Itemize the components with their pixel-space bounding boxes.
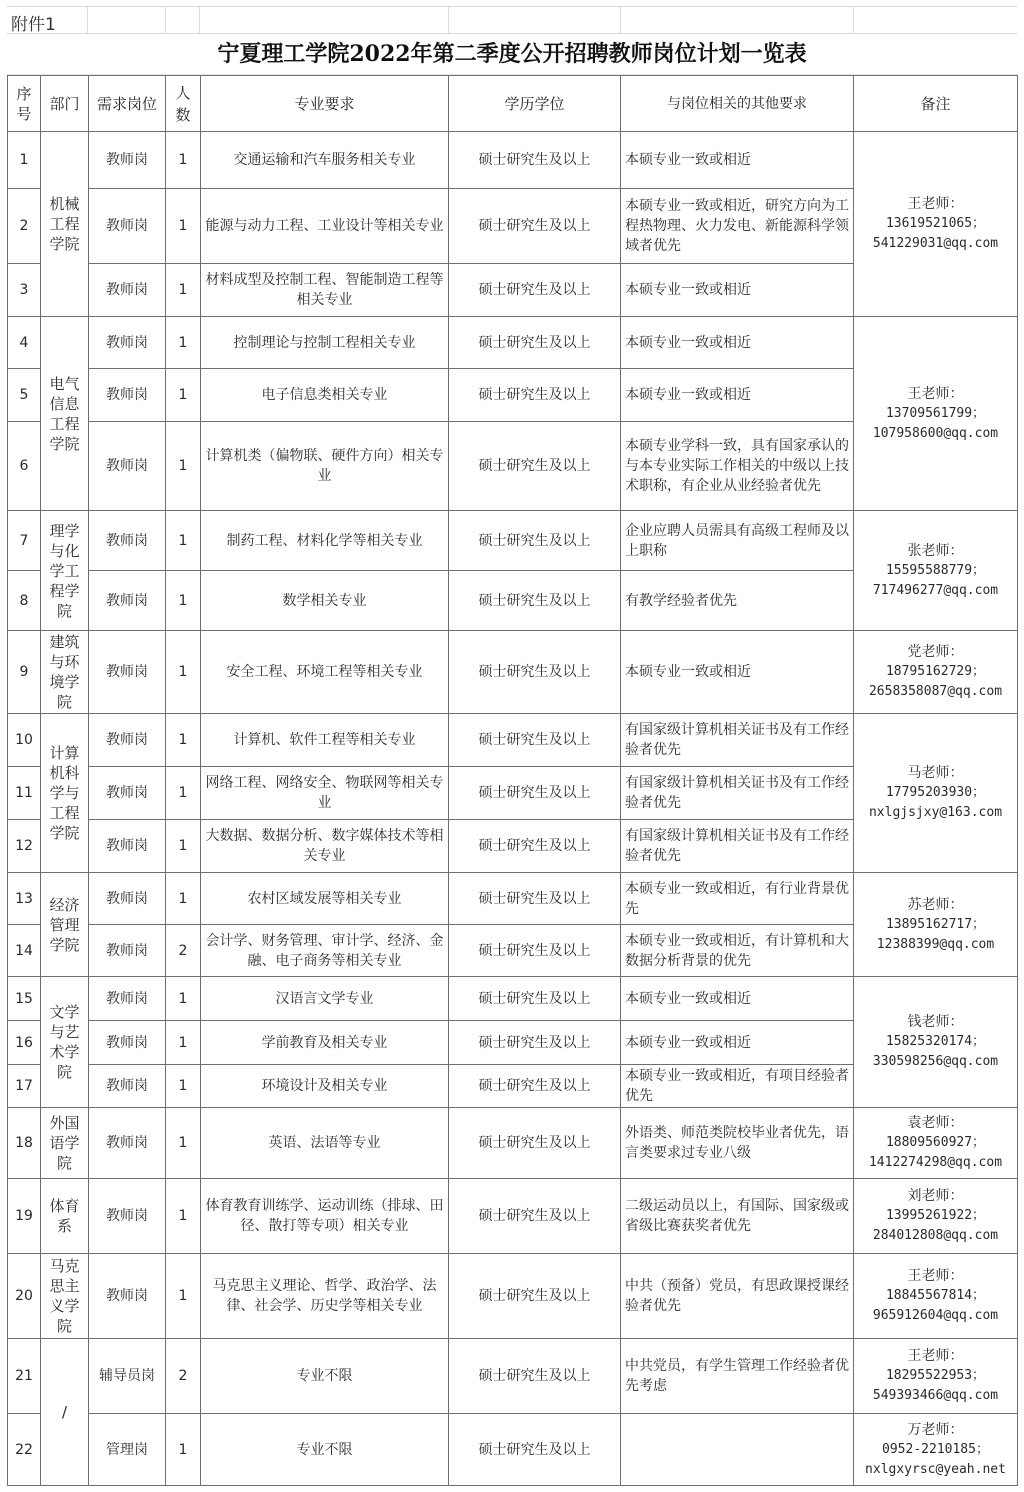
degree-cell: 硕士研究生及以上: [449, 820, 621, 873]
other-cell: 本硕专业一致或相近，有行业背景优先: [621, 873, 854, 925]
seq-cell: 19: [8, 1179, 41, 1254]
table-row: 15 文学与艺术学院 教师岗 1 汉语言文学专业 硕士研究生及以上 本硕专业一致…: [8, 977, 1018, 1021]
contact-email: 2658358087@qq.com: [857, 682, 1014, 702]
position-cell: 教师岗: [89, 264, 166, 317]
major-cell: 交通运输和汽车服务相关专业: [201, 132, 449, 189]
count-cell: 1: [166, 1414, 201, 1486]
position-cell: 教师岗: [89, 571, 166, 631]
seq-cell: 17: [8, 1065, 41, 1108]
other-cell: 中共（预备）党员，有思政课授课经验者优先: [621, 1254, 854, 1339]
degree-cell: 硕士研究生及以上: [449, 1254, 621, 1339]
count-cell: 1: [166, 511, 201, 571]
col-header-degree: 学历学位: [449, 76, 621, 132]
seq-cell: 15: [8, 977, 41, 1021]
col-header-note: 备注: [854, 76, 1018, 132]
contact-cell: 刘老师： 13995261922； 284012808@qq.com: [854, 1179, 1018, 1254]
recruitment-table: 序号 部门 需求岗位 人数 专业要求 学历学位 与岗位相关的其他要求 备注 1 …: [7, 75, 1018, 1486]
other-cell: 本硕专业一致或相近，研究方向为工程热物理、火力发电、新能源科学领域者优先: [621, 189, 854, 264]
seq-cell: 21: [8, 1339, 41, 1414]
contact-email: 541229031@qq.com: [857, 234, 1014, 254]
contact-email: nxlgjsjxy@163.com: [857, 803, 1014, 823]
position-cell: 教师岗: [89, 1108, 166, 1179]
contact-phone: 17795203930；: [857, 783, 1014, 803]
major-cell: 英语、法语等专业: [201, 1108, 449, 1179]
table-row: 20 马克思主义学院 教师岗 1 马克思主义理论、哲学、政治学、法律、社会学、历…: [8, 1254, 1018, 1339]
seq-cell: 2: [8, 189, 41, 264]
position-cell: 教师岗: [89, 820, 166, 873]
major-cell: 马克思主义理论、哲学、政治学、法律、社会学、历史学等相关专业: [201, 1254, 449, 1339]
count-cell: 1: [166, 820, 201, 873]
other-cell: 中共党员，有学生管理工作经验者优先考虑: [621, 1339, 854, 1414]
major-cell: 网络工程、网络安全、物联网等相关专业: [201, 767, 449, 820]
count-cell: 1: [166, 714, 201, 767]
position-cell: 教师岗: [89, 767, 166, 820]
other-cell: 企业应聘人员需具有高级工程师及以上职称: [621, 511, 854, 571]
seq-cell: 22: [8, 1414, 41, 1486]
contact-email: 12388399@qq.com: [857, 935, 1014, 955]
other-cell: 本硕专业一致或相近: [621, 977, 854, 1021]
other-cell: 本硕专业学科一致，具有国家承认的与本专业实际工作相关的中级以上技术职称，有企业从…: [621, 422, 854, 511]
dept-cell: 建筑与环境学院: [41, 631, 89, 714]
position-cell: 教师岗: [89, 369, 166, 422]
degree-cell: 硕士研究生及以上: [449, 1021, 621, 1065]
other-cell: 外语类、师范类院校毕业者优先，语言类要求过专业八级: [621, 1108, 854, 1179]
degree-cell: 硕士研究生及以上: [449, 264, 621, 317]
dept-cell: 马克思主义学院: [41, 1254, 89, 1339]
other-cell: 本硕专业一致或相近: [621, 1021, 854, 1065]
position-cell: 教师岗: [89, 1065, 166, 1108]
position-cell: 教师岗: [89, 1179, 166, 1254]
major-cell: 学前教育及相关专业: [201, 1021, 449, 1065]
contact-email: 330598256@qq.com: [857, 1052, 1014, 1072]
degree-cell: 硕士研究生及以上: [449, 422, 621, 511]
count-cell: 1: [166, 1179, 201, 1254]
position-cell: 管理岗: [89, 1414, 166, 1486]
seq-cell: 16: [8, 1021, 41, 1065]
contact-name: 王老师：: [857, 1266, 1014, 1286]
major-cell: 专业不限: [201, 1414, 449, 1486]
major-cell: 计算机类（偏物联、硬件方向）相关专业: [201, 422, 449, 511]
dept-cell: 外国语学院: [41, 1108, 89, 1179]
degree-cell: 硕士研究生及以上: [449, 925, 621, 977]
count-cell: 1: [166, 631, 201, 714]
contact-cell: 王老师： 13709561799； 107958600@qq.com: [854, 317, 1018, 511]
other-cell: 本硕专业一致或相近: [621, 369, 854, 422]
table-row: 18 外国语学院 教师岗 1 英语、法语等专业 硕士研究生及以上 外语类、师范类…: [8, 1108, 1018, 1179]
contact-phone: 18295522953；: [857, 1366, 1014, 1386]
count-cell: 1: [166, 1065, 201, 1108]
contact-name: 王老师：: [857, 194, 1014, 214]
position-cell: 教师岗: [89, 1021, 166, 1065]
seq-cell: 5: [8, 369, 41, 422]
dept-cell: 机械工程学院: [41, 132, 89, 317]
major-cell: 安全工程、环境工程等相关专业: [201, 631, 449, 714]
contact-name: 王老师：: [857, 384, 1014, 404]
contact-cell: 王老师： 18295522953； 549393466@qq.com: [854, 1339, 1018, 1414]
other-cell: 本硕专业一致或相近: [621, 132, 854, 189]
contact-email: 965912604@qq.com: [857, 1306, 1014, 1326]
major-cell: 大数据、数据分析、数字媒体技术等相关专业: [201, 820, 449, 873]
contact-email: nxlgxyrsc@yeah.net: [857, 1460, 1014, 1480]
position-cell: 教师岗: [89, 132, 166, 189]
other-cell: 本硕专业一致或相近，有项目经验者优先: [621, 1065, 854, 1108]
col-header-position: 需求岗位: [89, 76, 166, 132]
table-row: 7 理学与化学工程学院 教师岗 1 制药工程、材料化学等相关专业 硕士研究生及以…: [8, 511, 1018, 571]
position-cell: 教师岗: [89, 1254, 166, 1339]
other-cell: 二级运动员以上，有国际、国家级或省级比赛获奖者优先: [621, 1179, 854, 1254]
col-header-seq: 序号: [8, 76, 41, 132]
header-row: 序号 部门 需求岗位 人数 专业要求 学历学位 与岗位相关的其他要求 备注: [8, 76, 1018, 132]
degree-cell: 硕士研究生及以上: [449, 317, 621, 369]
seq-cell: 11: [8, 767, 41, 820]
major-cell: 专业不限: [201, 1339, 449, 1414]
major-cell: 计算机、软件工程等相关专业: [201, 714, 449, 767]
contact-name: 党老师：: [857, 642, 1014, 662]
seq-cell: 14: [8, 925, 41, 977]
contact-cell: 张老师： 15595588779； 717496277@qq.com: [854, 511, 1018, 631]
position-cell: 教师岗: [89, 631, 166, 714]
major-cell: 汉语言文学专业: [201, 977, 449, 1021]
page-title: 宁夏理工学院2022年第二季度公开招聘教师岗位计划一览表: [7, 34, 1017, 75]
table-row: 4 电气信息工程学院 教师岗 1 控制理论与控制工程相关专业 硕士研究生及以上 …: [8, 317, 1018, 369]
count-cell: 2: [166, 925, 201, 977]
major-cell: 会计学、财务管理、审计学、经济、金融、电子商务等相关专业: [201, 925, 449, 977]
count-cell: 1: [166, 317, 201, 369]
contact-name: 刘老师：: [857, 1186, 1014, 1206]
contact-email: 717496277@qq.com: [857, 581, 1014, 601]
dept-cell: 经济管理学院: [41, 873, 89, 977]
position-cell: 教师岗: [89, 189, 166, 264]
degree-cell: 硕士研究生及以上: [449, 977, 621, 1021]
degree-cell: 硕士研究生及以上: [449, 1339, 621, 1414]
dept-cell: 计算机科学与工程学院: [41, 714, 89, 873]
major-cell: 电子信息类相关专业: [201, 369, 449, 422]
major-cell: 体育教育训练学、运动训练（排球、田径、散打等专项）相关专业: [201, 1179, 449, 1254]
count-cell: 1: [166, 132, 201, 189]
contact-cell: 袁老师： 18809560927； 1412274298@qq.com: [854, 1108, 1018, 1179]
contact-cell: 苏老师： 13895162717； 12388399@qq.com: [854, 873, 1018, 977]
contact-name: 万老师：: [857, 1420, 1014, 1440]
count-cell: 1: [166, 422, 201, 511]
seq-cell: 3: [8, 264, 41, 317]
col-header-major: 专业要求: [201, 76, 449, 132]
contact-cell: 党老师： 18795162729； 2658358087@qq.com: [854, 631, 1018, 714]
seq-cell: 1: [8, 132, 41, 189]
col-header-count: 人数: [166, 76, 201, 132]
annex-label: 附件1: [11, 10, 56, 35]
contact-cell: 马老师： 17795203930； nxlgjsjxy@163.com: [854, 714, 1018, 873]
seq-cell: 8: [8, 571, 41, 631]
col-header-other: 与岗位相关的其他要求: [621, 76, 854, 132]
major-cell: 制药工程、材料化学等相关专业: [201, 511, 449, 571]
degree-cell: 硕士研究生及以上: [449, 873, 621, 925]
contact-phone: 15595588779；: [857, 561, 1014, 581]
major-cell: 材料成型及控制工程、智能制造工程等相关专业: [201, 264, 449, 317]
seq-cell: 7: [8, 511, 41, 571]
degree-cell: 硕士研究生及以上: [449, 1414, 621, 1486]
degree-cell: 硕士研究生及以上: [449, 132, 621, 189]
other-cell: 本硕专业一致或相近: [621, 317, 854, 369]
seq-cell: 4: [8, 317, 41, 369]
seq-cell: 6: [8, 422, 41, 511]
table-row: 9 建筑与环境学院 教师岗 1 安全工程、环境工程等相关专业 硕士研究生及以上 …: [8, 631, 1018, 714]
position-cell: 教师岗: [89, 925, 166, 977]
count-cell: 1: [166, 1254, 201, 1339]
table-row: 22 管理岗 1 专业不限 硕士研究生及以上 万老师： 0952-2210185…: [8, 1414, 1018, 1486]
count-cell: 1: [166, 767, 201, 820]
degree-cell: 硕士研究生及以上: [449, 1108, 621, 1179]
major-cell: 农村区域发展等相关专业: [201, 873, 449, 925]
major-cell: 能源与动力工程、工业设计等相关专业: [201, 189, 449, 264]
table-row: 10 计算机科学与工程学院 教师岗 1 计算机、软件工程等相关专业 硕士研究生及…: [8, 714, 1018, 767]
contact-phone: 0952-2210185；: [857, 1440, 1014, 1460]
seq-cell: 9: [8, 631, 41, 714]
degree-cell: 硕士研究生及以上: [449, 714, 621, 767]
degree-cell: 硕士研究生及以上: [449, 369, 621, 422]
dept-cell: /: [41, 1339, 89, 1486]
degree-cell: 硕士研究生及以上: [449, 631, 621, 714]
table-row: 1 机械工程学院 教师岗 1 交通运输和汽车服务相关专业 硕士研究生及以上 本硕…: [8, 132, 1018, 189]
degree-cell: 硕士研究生及以上: [449, 189, 621, 264]
contact-email: 107958600@qq.com: [857, 424, 1014, 444]
contact-cell: 钱老师： 15825320174； 330598256@qq.com: [854, 977, 1018, 1108]
degree-cell: 硕士研究生及以上: [449, 1065, 621, 1108]
count-cell: 2: [166, 1339, 201, 1414]
contact-name: 王老师：: [857, 1346, 1014, 1366]
contact-phone: 13709561799；: [857, 404, 1014, 424]
contact-cell: 王老师： 13619521065； 541229031@qq.com: [854, 132, 1018, 317]
position-cell: 辅导员岗: [89, 1339, 166, 1414]
seq-cell: 10: [8, 714, 41, 767]
contact-phone: 13895162717；: [857, 915, 1014, 935]
annex-row: 附件1: [7, 6, 1017, 34]
other-cell: 本硕专业一致或相近: [621, 631, 854, 714]
other-cell: [621, 1414, 854, 1486]
dept-cell: 文学与艺术学院: [41, 977, 89, 1108]
contact-phone: 18845567814；: [857, 1286, 1014, 1306]
contact-email: 284012808@qq.com: [857, 1226, 1014, 1246]
contact-email: 1412274298@qq.com: [857, 1153, 1014, 1173]
seq-cell: 20: [8, 1254, 41, 1339]
seq-cell: 18: [8, 1108, 41, 1179]
count-cell: 1: [166, 1021, 201, 1065]
degree-cell: 硕士研究生及以上: [449, 767, 621, 820]
table-row: 19 体育系 教师岗 1 体育教育训练学、运动训练（排球、田径、散打等专项）相关…: [8, 1179, 1018, 1254]
dept-cell: 体育系: [41, 1179, 89, 1254]
other-cell: 有国家级计算机相关证书及有工作经验者优先: [621, 714, 854, 767]
contact-cell: 王老师： 18845567814； 965912604@qq.com: [854, 1254, 1018, 1339]
degree-cell: 硕士研究生及以上: [449, 1179, 621, 1254]
major-cell: 数学相关专业: [201, 571, 449, 631]
other-cell: 有国家级计算机相关证书及有工作经验者优先: [621, 820, 854, 873]
position-cell: 教师岗: [89, 873, 166, 925]
other-cell: 本硕专业一致或相近，有计算机和大数据分析背景的优先: [621, 925, 854, 977]
major-cell: 控制理论与控制工程相关专业: [201, 317, 449, 369]
contact-phone: 13619521065；: [857, 214, 1014, 234]
dept-cell: 理学与化学工程学院: [41, 511, 89, 631]
contact-phone: 18795162729；: [857, 662, 1014, 682]
contact-email: 549393466@qq.com: [857, 1386, 1014, 1406]
contact-name: 马老师：: [857, 763, 1014, 783]
degree-cell: 硕士研究生及以上: [449, 571, 621, 631]
other-cell: 有教学经验者优先: [621, 571, 854, 631]
contact-name: 张老师：: [857, 541, 1014, 561]
count-cell: 1: [166, 873, 201, 925]
count-cell: 1: [166, 977, 201, 1021]
position-cell: 教师岗: [89, 511, 166, 571]
dept-cell: 电气信息工程学院: [41, 317, 89, 511]
other-cell: 本硕专业一致或相近: [621, 264, 854, 317]
other-cell: 有国家级计算机相关证书及有工作经验者优先: [621, 767, 854, 820]
contact-name: 苏老师：: [857, 895, 1014, 915]
contact-name: 钱老师：: [857, 1012, 1014, 1032]
count-cell: 1: [166, 264, 201, 317]
major-cell: 环境设计及相关专业: [201, 1065, 449, 1108]
position-cell: 教师岗: [89, 422, 166, 511]
contact-cell: 万老师： 0952-2210185； nxlgxyrsc@yeah.net: [854, 1414, 1018, 1486]
count-cell: 1: [166, 1108, 201, 1179]
position-cell: 教师岗: [89, 714, 166, 767]
seq-cell: 12: [8, 820, 41, 873]
contact-phone: 15825320174；: [857, 1032, 1014, 1052]
seq-cell: 13: [8, 873, 41, 925]
contact-name: 袁老师：: [857, 1113, 1014, 1133]
contact-phone: 13995261922；: [857, 1206, 1014, 1226]
count-cell: 1: [166, 369, 201, 422]
position-cell: 教师岗: [89, 977, 166, 1021]
contact-phone: 18809560927；: [857, 1133, 1014, 1153]
col-header-dept: 部门: [41, 76, 89, 132]
table-row: 13 经济管理学院 教师岗 1 农村区域发展等相关专业 硕士研究生及以上 本硕专…: [8, 873, 1018, 925]
table-row: 21 / 辅导员岗 2 专业不限 硕士研究生及以上 中共党员，有学生管理工作经验…: [8, 1339, 1018, 1414]
count-cell: 1: [166, 571, 201, 631]
degree-cell: 硕士研究生及以上: [449, 511, 621, 571]
position-cell: 教师岗: [89, 317, 166, 369]
count-cell: 1: [166, 189, 201, 264]
